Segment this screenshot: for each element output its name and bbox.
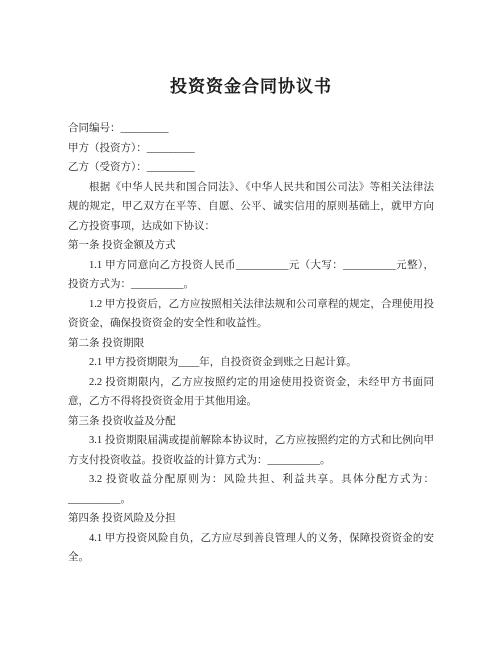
section-4-heading: 第四条 投资风险及分担 bbox=[68, 509, 434, 529]
document-title: 投资资金合同协议书 bbox=[68, 77, 434, 97]
clause-3-2: 3.2 投资收益分配原则为：风险共担、利益共享。具体分配方式为：________… bbox=[68, 470, 434, 509]
section-1-heading: 第一条 投资金额及方式 bbox=[68, 236, 434, 256]
clause-2-2: 2.2 投资期限内，乙方应按照约定的用途使用投资资金，未经甲方书面同意，乙方不得… bbox=[68, 373, 434, 412]
party-a-blank: __________ bbox=[147, 143, 195, 154]
contract-number-line: 合同编号：__________ bbox=[68, 119, 434, 139]
contract-document-page: 投资资金合同协议书 合同编号：__________ 甲方（投资方）：______… bbox=[0, 0, 500, 647]
contract-number-label: 合同编号： bbox=[68, 123, 121, 134]
clause-3-1: 3.1 投资期限届满或提前解除本协议时，乙方应按照约定的方式和比例向甲方支付投资… bbox=[68, 431, 434, 470]
party-b-blank: __________ bbox=[147, 162, 195, 173]
preamble-paragraph: 根据《中华人民共和国合同法》、《中华人民共和国公司法》等相关法律法规的规定，甲乙… bbox=[68, 178, 434, 237]
party-b-line: 乙方（受资方）：__________ bbox=[68, 158, 434, 178]
contract-number-blank: __________ bbox=[121, 123, 169, 134]
section-2-heading: 第二条 投资期限 bbox=[68, 334, 434, 354]
party-a-label: 甲方（投资方）： bbox=[68, 143, 147, 154]
clause-2-1: 2.1 甲方投资期限为____年，自投资资金到账之日起计算。 bbox=[68, 353, 434, 373]
clause-1-1: 1.1 甲方同意向乙方投资人民币__________元（大写：_________… bbox=[68, 256, 434, 295]
party-a-line: 甲方（投资方）：__________ bbox=[68, 139, 434, 159]
section-3-heading: 第三条 投资收益及分配 bbox=[68, 412, 434, 432]
clause-4-1: 4.1 甲方投资风险自负，乙方应尽到善良管理人的义务，保障投资资金的安全。 bbox=[68, 529, 434, 568]
party-b-label: 乙方（受资方）： bbox=[68, 162, 147, 173]
clause-1-2: 1.2 甲方投资后，乙方应按照相关法律法规和公司章程的规定，合理使用投资资金，确… bbox=[68, 295, 434, 334]
